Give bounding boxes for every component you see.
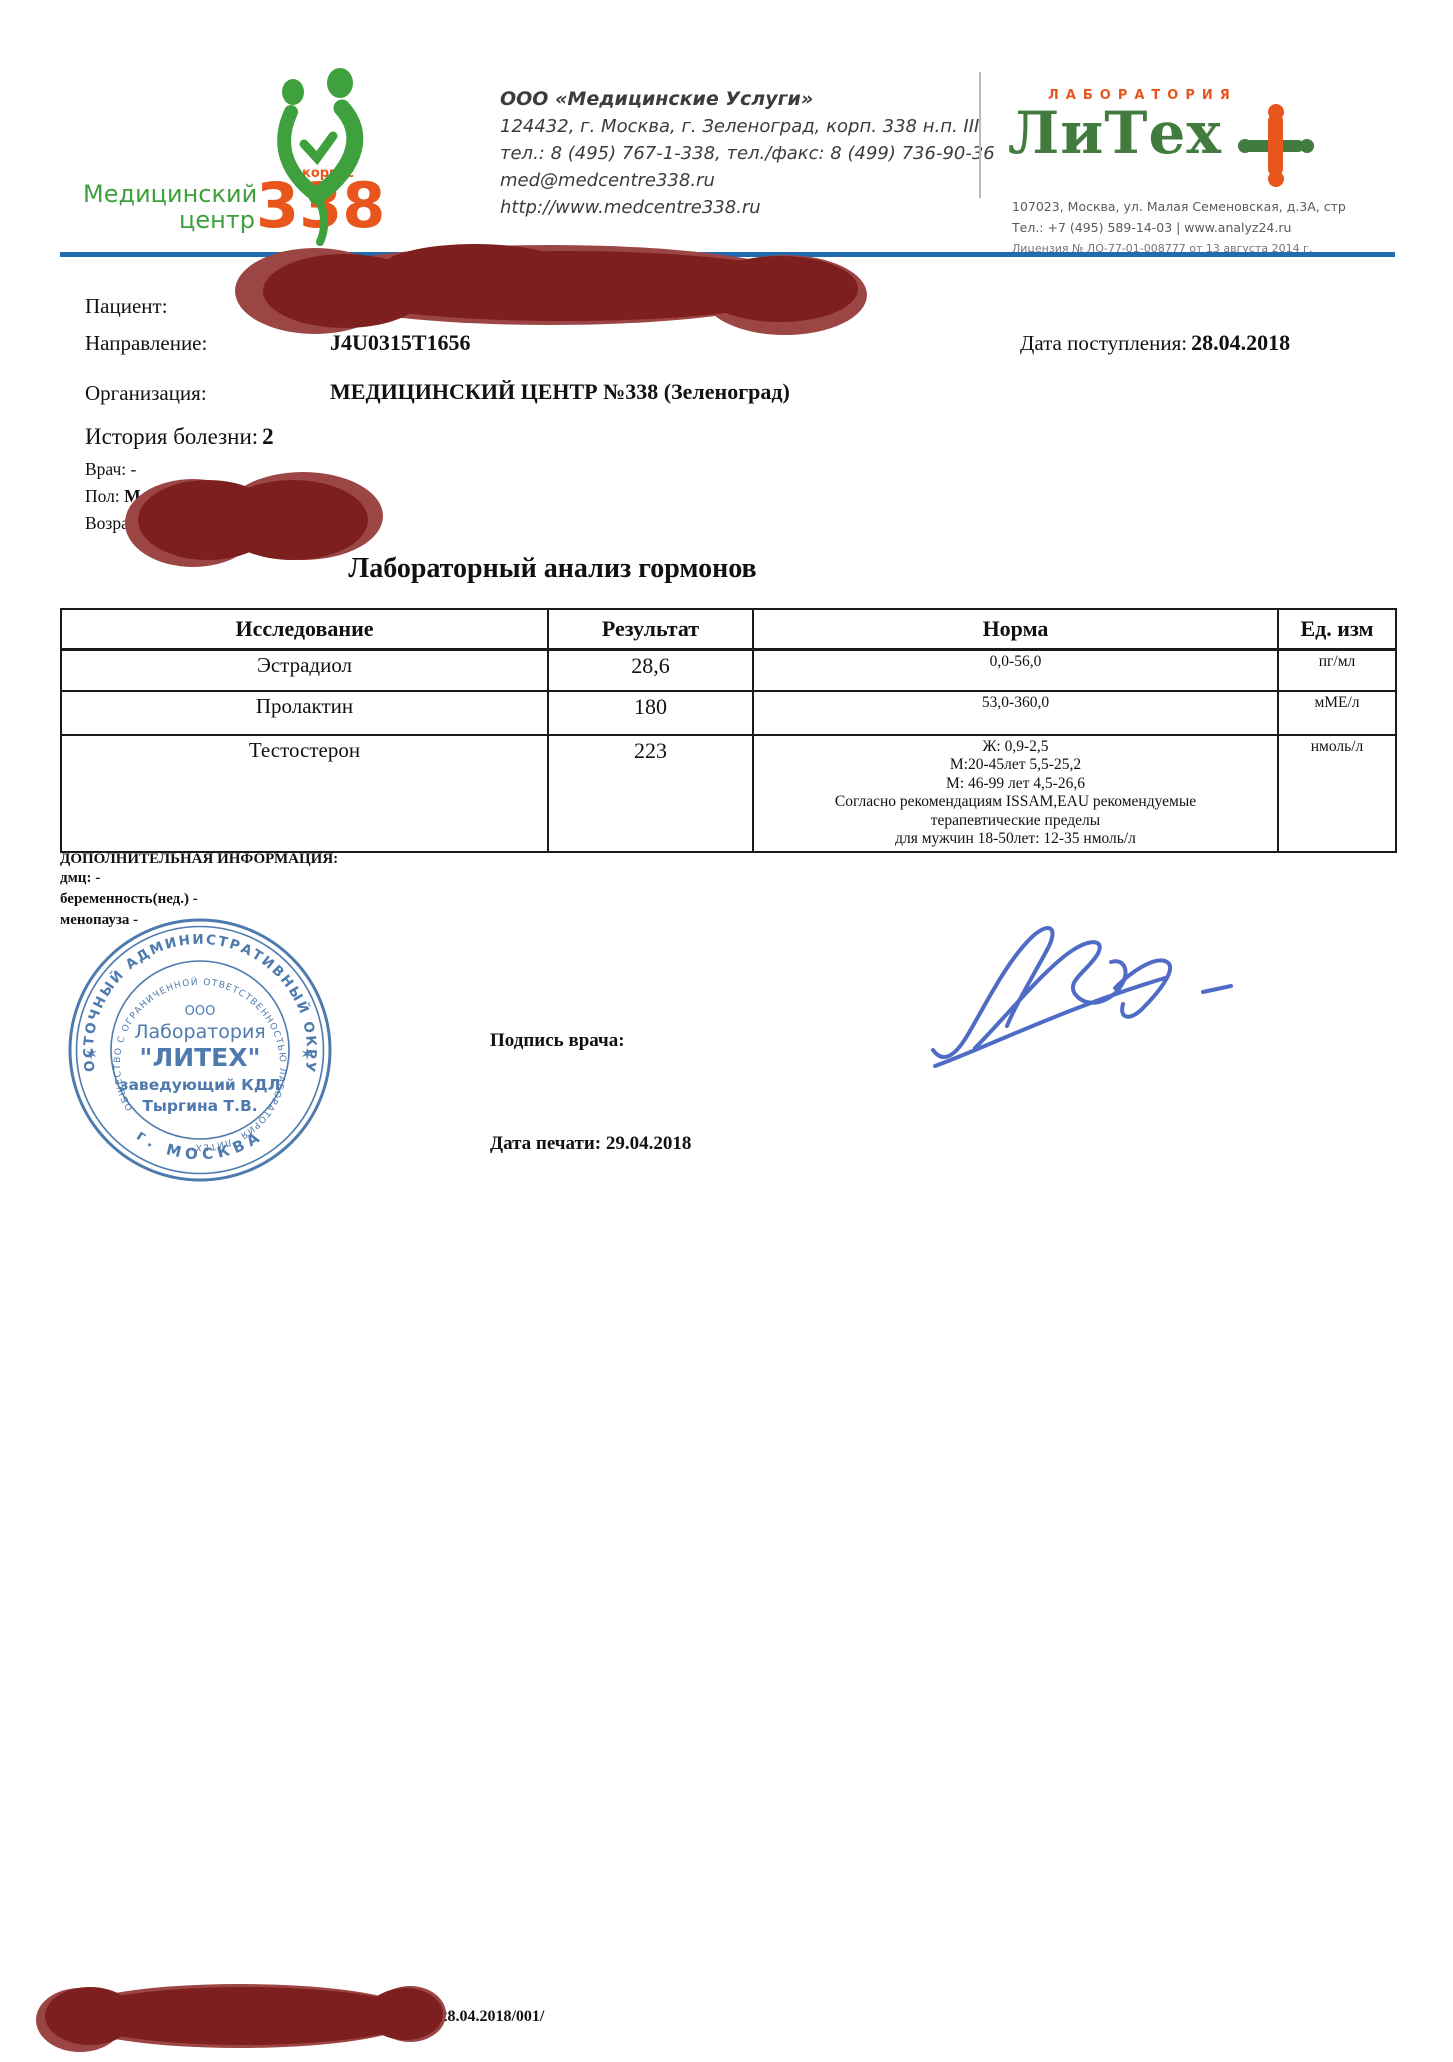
row-name: Тестостерон	[61, 735, 548, 852]
header-divider	[979, 72, 981, 198]
col-header-result: Результат	[548, 609, 753, 650]
results-table: Исследование Результат Норма Ед. изм Эст…	[60, 608, 1397, 853]
row-norm: 0,0-56,0	[753, 650, 1278, 691]
stamp-center-litech: "ЛИТЕХ"	[139, 1043, 260, 1072]
medcenter-name-line2: центр	[83, 207, 255, 233]
print-date-label: Дата печати: 29.04.2018	[490, 1133, 691, 1155]
referral-label: Направление:	[85, 331, 207, 356]
litech-logo: ЛиТех	[1008, 104, 1222, 162]
doctor-signature-label: Подпись врача:	[490, 1030, 625, 1052]
stamp-star-right: ✶	[300, 1045, 314, 1065]
company-phones: тел.: 8 (495) 767-1-338, тел./факс: 8 (4…	[500, 140, 995, 167]
company-block: ООО «Медицинские Услуги» 124432, г. Моск…	[500, 86, 995, 221]
row-name: Пролактин	[61, 691, 548, 735]
stamp-star-left: ✶	[84, 1045, 98, 1065]
litech-address-block: 107023, Москва, ул. Малая Семеновская, д…	[1012, 196, 1412, 259]
litech-address: 107023, Москва, ул. Малая Семеновская, д…	[1012, 196, 1412, 217]
received-date-value: 28.04.2018	[1191, 330, 1290, 355]
organization-label: Организация:	[85, 381, 207, 406]
organization-value: МЕДИЦИНСКИЙ ЦЕНТР №338 (Зеленоград)	[330, 379, 790, 405]
table-row: Тестостерон 223 Ж: 0,9-2,5 М:20-45лет 5,…	[61, 735, 1396, 852]
stamp-center-name: Тыргина Т.В.	[142, 1097, 257, 1115]
table-header-row: Исследование Результат Норма Ед. изм	[61, 609, 1396, 650]
redaction-blob-footer	[30, 1980, 450, 2052]
row-result: 28,6	[548, 650, 753, 691]
row-unit: пг/мл	[1278, 650, 1396, 691]
stamp-center-ooo: ООО	[185, 1004, 216, 1019]
col-header-research: Исследование	[61, 609, 548, 650]
received-date-line: Дата поступления: 28.04.2018	[1020, 330, 1290, 356]
lab-round-stamp: ВОСТОЧНЫЙ АДМИНИСТРАТИВНЫЙ ОКРУГ г. МОСК…	[64, 914, 336, 1186]
lab-report-page: { "colors": { "accent_blue_rule": "#1f6c…	[0, 0, 1453, 2062]
row-unit: нмоль/л	[1278, 735, 1396, 852]
redaction-blob-patient	[220, 241, 870, 337]
row-name: Эстрадиол	[61, 650, 548, 691]
col-header-unit: Ед. изм	[1278, 609, 1396, 650]
company-email: med@medcentre338.ru	[500, 167, 995, 194]
sex-label: Пол:	[85, 486, 120, 506]
stamp-center-lab: Лаборатория	[134, 1021, 266, 1043]
litech-cross-icon	[1238, 104, 1314, 188]
row-norm: Ж: 0,9-2,5 М:20-45лет 5,5-25,2 М: 46-99 …	[753, 735, 1278, 852]
row-result: 223	[548, 735, 753, 852]
table-row: Пролактин 180 53,0-360,0 мМЕ/л	[61, 691, 1396, 735]
table-row: Эстрадиол 28,6 0,0-56,0 пг/мл	[61, 650, 1396, 691]
company-address: 124432, г. Москва, г. Зеленоград, корп. …	[500, 113, 995, 140]
received-date-label: Дата поступления:	[1020, 331, 1187, 355]
medcenter-logo-text: Медицинский центр	[83, 181, 255, 233]
heart-figures-icon	[245, 68, 397, 246]
additional-line: дмц: -	[60, 868, 338, 889]
history-label: История болезни:	[85, 424, 258, 449]
medcenter-name-line1: Медицинский	[83, 181, 255, 207]
redaction-blob-age	[118, 468, 393, 570]
additional-line: беременность(нед.) -	[60, 889, 338, 910]
stamp-center-kdl: заведующий КДЛ	[119, 1076, 280, 1094]
row-result: 180	[548, 691, 753, 735]
additional-title: ДОПОЛНИТЕЛЬНАЯ ИНФОРМАЦИЯ:	[60, 851, 338, 868]
doctor-signature	[915, 898, 1255, 1083]
history-value: 2	[262, 424, 274, 449]
company-website: http://www.medcentre338.ru	[500, 194, 995, 221]
row-norm: 53,0-360,0	[753, 691, 1278, 735]
col-header-norm: Норма	[753, 609, 1278, 650]
company-name: ООО «Медицинские Услуги»	[500, 86, 995, 113]
patient-label: Пациент:	[85, 294, 168, 319]
history-line: История болезни: 2	[85, 424, 274, 450]
litech-phone-site: Тел.: +7 (495) 589-14-03 | www.analyz24.…	[1012, 217, 1412, 238]
row-unit: мМЕ/л	[1278, 691, 1396, 735]
